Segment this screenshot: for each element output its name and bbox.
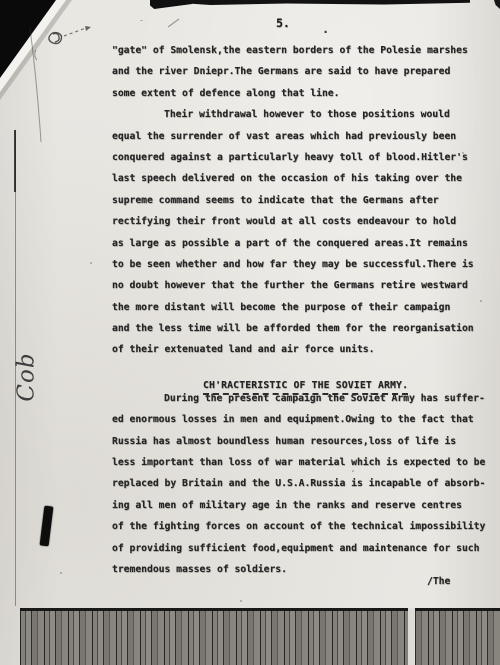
handwritten-margin-note: Cob — [8, 346, 52, 406]
typewritten-line: Their withdrawal however to those positi… — [112, 108, 500, 129]
typewritten-line: of their extenuated land and air force u… — [112, 343, 500, 364]
paper-speck — [90, 262, 92, 264]
stray-dot: . — [322, 22, 329, 36]
paper-speck — [480, 300, 482, 302]
paper-speck — [60, 572, 62, 574]
paper-speck — [240, 600, 242, 602]
typewritten-line: to be seen whether and how far they may … — [112, 258, 500, 279]
typewritten-line: "gate" of Smolensk,the eastern borders o… — [112, 44, 500, 65]
scanned-page: Cob 5. . "gate" of Smolensk,the eastern … — [0, 0, 500, 665]
scan-bottom-band-gap — [408, 608, 415, 665]
section-heading: CH'RACTERISTIC OF THE SOVIET ARMY. — [112, 365, 500, 392]
pencil-scribble — [49, 33, 62, 44]
fold-line-dark-segment — [14, 130, 16, 192]
typewritten-line: supreme command seems to indicate that t… — [112, 194, 500, 215]
typewritten-line: During the present campaign the Soviet A… — [112, 392, 500, 413]
paper-speck — [352, 470, 354, 472]
typewritten-line: and the river Dniepr.The Germans are sai… — [112, 65, 500, 86]
scan-top-edge-wedge — [150, 0, 192, 9]
margin-note-text: Cob — [14, 352, 40, 401]
typewritten-line: ing all men of military age in the ranks… — [112, 499, 500, 520]
typewritten-line: equal the surrender of vast areas which … — [112, 130, 500, 151]
pencil-dashed-line — [64, 28, 86, 36]
typewritten-line: less important than loss of war material… — [112, 456, 500, 477]
typewritten-line: some extent of defence along that line. — [112, 87, 500, 108]
typewritten-line: rectifying their front would at all cost… — [112, 215, 500, 236]
typewritten-line: the more distant will become the purpose… — [112, 301, 500, 322]
typewritten-line: no doubt however that the further the Ge… — [112, 279, 500, 300]
ink-blot — [40, 506, 54, 547]
typewritten-line: replaced by Britain and the U.S.A.Russia… — [112, 477, 500, 498]
scan-bottom-band — [20, 608, 500, 665]
continuation-mark: /The — [427, 576, 450, 587]
scan-top-edge-strip — [188, 0, 470, 5]
typewritten-text-block: "gate" of Smolensk,the eastern borders o… — [112, 44, 500, 584]
paper-speck — [462, 152, 464, 154]
typewritten-line: and the less time will be afforded them … — [112, 322, 500, 343]
pencil-tick — [35, 50, 37, 60]
paper-speck — [140, 20, 143, 21]
typewritten-line: conquered against a particularly heavy t… — [112, 151, 500, 172]
paper-speck — [330, 90, 332, 92]
typewritten-line: Russia has almost boundless human resour… — [112, 435, 500, 456]
typewritten-line: last speech delivered on the occasion of… — [112, 172, 500, 193]
scan-mark-top-right — [492, 0, 500, 9]
typewritten-line: of the fighting forces on account of the… — [112, 520, 500, 541]
pencil-arrowhead-icon — [85, 26, 91, 31]
paper-speck — [470, 420, 473, 422]
typewritten-line: ed enormous losses in men and equipment.… — [112, 413, 500, 434]
page-number: 5. — [276, 16, 290, 30]
typewritten-line: of providing sufficient food,equipment a… — [112, 542, 500, 563]
pencil-slash — [168, 19, 179, 27]
typewritten-line: as large as possible a part of the conqu… — [112, 237, 500, 258]
